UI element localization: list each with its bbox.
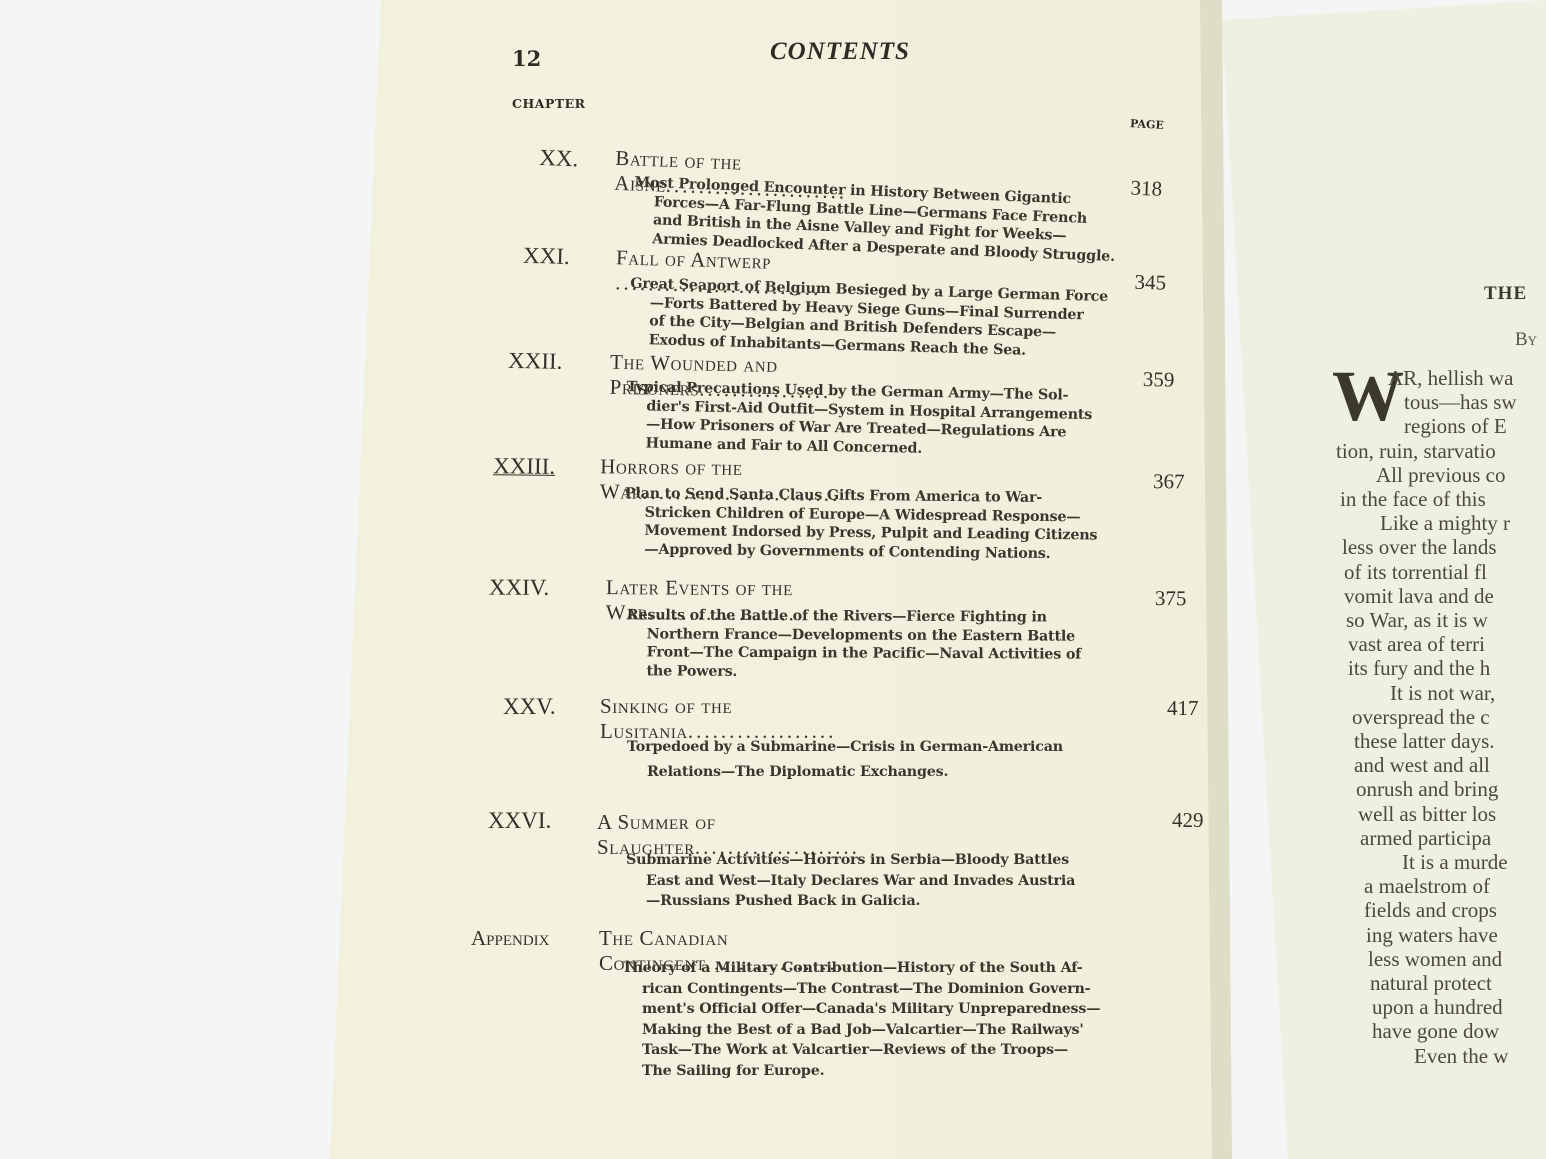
body-line: It is a murde bbox=[1336, 850, 1517, 874]
body-line: less women and bbox=[1336, 947, 1517, 971]
body-line: All previous co bbox=[1336, 463, 1517, 487]
chapter-title-text: Fall of Antwerp bbox=[616, 245, 772, 273]
synopsis-line: East and West—Italy Declares War and Inv… bbox=[626, 871, 1075, 892]
chapter-numeral: XXIV. bbox=[489, 575, 549, 601]
body-line: and west and all bbox=[1336, 753, 1517, 777]
chapter-numeral: XXII. bbox=[508, 348, 563, 375]
body-line: fields and crops bbox=[1336, 898, 1517, 922]
chapter-column-label: CHAPTER bbox=[512, 96, 586, 111]
body-line: armed participa bbox=[1336, 826, 1517, 850]
synopsis-line: ment's Official Offer—Canada's Military … bbox=[622, 999, 1100, 1020]
body-line: of its torrential fl bbox=[1336, 560, 1517, 584]
page-column-label: PAGE bbox=[1130, 117, 1164, 132]
chapter-synopsis: Submarine Activities—Horrors in Serbia—B… bbox=[626, 850, 1075, 912]
synopsis-line: Results of the Battle of the Rivers—Fier… bbox=[627, 606, 1082, 627]
chapter-synopsis: Typical Precautions Used by the German A… bbox=[625, 378, 1092, 461]
synopsis-line: Relations—The Diplomatic Exchanges. bbox=[627, 760, 1063, 785]
chapter-page: 359 bbox=[1143, 367, 1175, 393]
appendix-synopsis: Theory of a Military Contribution—Histor… bbox=[622, 958, 1100, 1081]
body-line: ing waters have bbox=[1336, 923, 1517, 947]
chapter-numeral: XXIII. bbox=[493, 453, 555, 480]
synopsis-line: Task—The Work at Valcartier—Reviews of t… bbox=[622, 1040, 1100, 1061]
body-line: in the face of this bbox=[1336, 487, 1517, 511]
synopsis-line: Submarine Activities—Horrors in Serbia—B… bbox=[626, 850, 1075, 871]
appendix-label: Appendix bbox=[471, 926, 550, 951]
chapter-synopsis: Torpedoed by a Submarine—Crisis in Germa… bbox=[627, 735, 1063, 785]
body-line: tion, ruin, starvatio bbox=[1336, 439, 1517, 463]
body-line: vast area of terri bbox=[1336, 632, 1517, 656]
chapter-synopsis: Great Seaport of Belgium Besieged by a L… bbox=[629, 275, 1109, 362]
body-line: upon a hundred bbox=[1336, 995, 1517, 1019]
right-page-body: AR, hellish wa tous—has sw regions of E … bbox=[1336, 366, 1517, 1068]
chapter-numeral: XXV. bbox=[503, 694, 556, 720]
body-line: regions of E bbox=[1336, 414, 1517, 438]
chapter-page: 375 bbox=[1155, 586, 1187, 611]
synopsis-line: —Russians Pushed Back in Galicia. bbox=[626, 891, 1075, 912]
body-line: so War, as it is w bbox=[1336, 608, 1517, 632]
body-line: Even the w bbox=[1336, 1044, 1517, 1068]
body-line: It is not war, bbox=[1336, 681, 1517, 705]
synopsis-line: the Powers. bbox=[626, 662, 1081, 683]
chapter-numeral: XXVI. bbox=[488, 808, 551, 834]
chapter-page: 417 bbox=[1167, 696, 1199, 721]
chapter-page: 429 bbox=[1172, 808, 1204, 833]
running-head: CONTENTS bbox=[770, 38, 910, 66]
body-line: less over the lands bbox=[1336, 535, 1517, 559]
body-line: onrush and bring bbox=[1336, 777, 1517, 801]
book-photo: 12 CONTENTS CHAPTER PAGE XX. Battle of t… bbox=[0, 0, 1546, 1159]
body-line: a maelstrom of bbox=[1336, 874, 1517, 898]
chapter-synopsis: Plan to Send Santa Claus Gifts From Amer… bbox=[624, 485, 1098, 564]
body-line: AR, hellish wa bbox=[1336, 366, 1517, 390]
synopsis-line: Northern France—Developments on the East… bbox=[627, 625, 1082, 646]
synopsis-line: Making the Best of a Bad Job—Valcartier—… bbox=[622, 1020, 1100, 1041]
chapter-page: 318 bbox=[1130, 176, 1162, 202]
body-line: Like a mighty r bbox=[1336, 511, 1517, 535]
synopsis-line: Front—The Campaign in the Pacific—Naval … bbox=[627, 643, 1082, 664]
chapter-numeral: XXI. bbox=[523, 243, 570, 270]
synopsis-line: Torpedoed by a Submarine—Crisis in Germa… bbox=[627, 735, 1063, 760]
synopsis-line: Theory of a Military Contribution—Histor… bbox=[622, 958, 1100, 979]
body-line: have gone dow bbox=[1336, 1019, 1517, 1043]
right-page-byline: By bbox=[1515, 328, 1537, 352]
chapter-page: 367 bbox=[1153, 469, 1185, 494]
body-line: tous—has sw bbox=[1336, 390, 1517, 414]
body-line: natural protect bbox=[1336, 971, 1517, 995]
chapter-synopsis: Results of the Battle of the Rivers—Fier… bbox=[626, 606, 1081, 682]
body-line: overspread the c bbox=[1336, 705, 1517, 729]
right-page-heading: THE bbox=[1484, 282, 1527, 306]
chapter-page: 345 bbox=[1134, 270, 1166, 296]
page-number: 12 bbox=[512, 46, 541, 71]
body-line: well as bitter los bbox=[1336, 802, 1517, 826]
body-line: these latter days. bbox=[1336, 729, 1517, 753]
body-line: vomit lava and de bbox=[1336, 584, 1517, 608]
body-line: its fury and the h bbox=[1336, 656, 1517, 680]
synopsis-line: rican Contingents—The Contrast—The Domin… bbox=[622, 979, 1100, 1000]
synopsis-line: The Sailing for Europe. bbox=[622, 1061, 1100, 1082]
chapter-numeral: XX. bbox=[539, 145, 579, 172]
